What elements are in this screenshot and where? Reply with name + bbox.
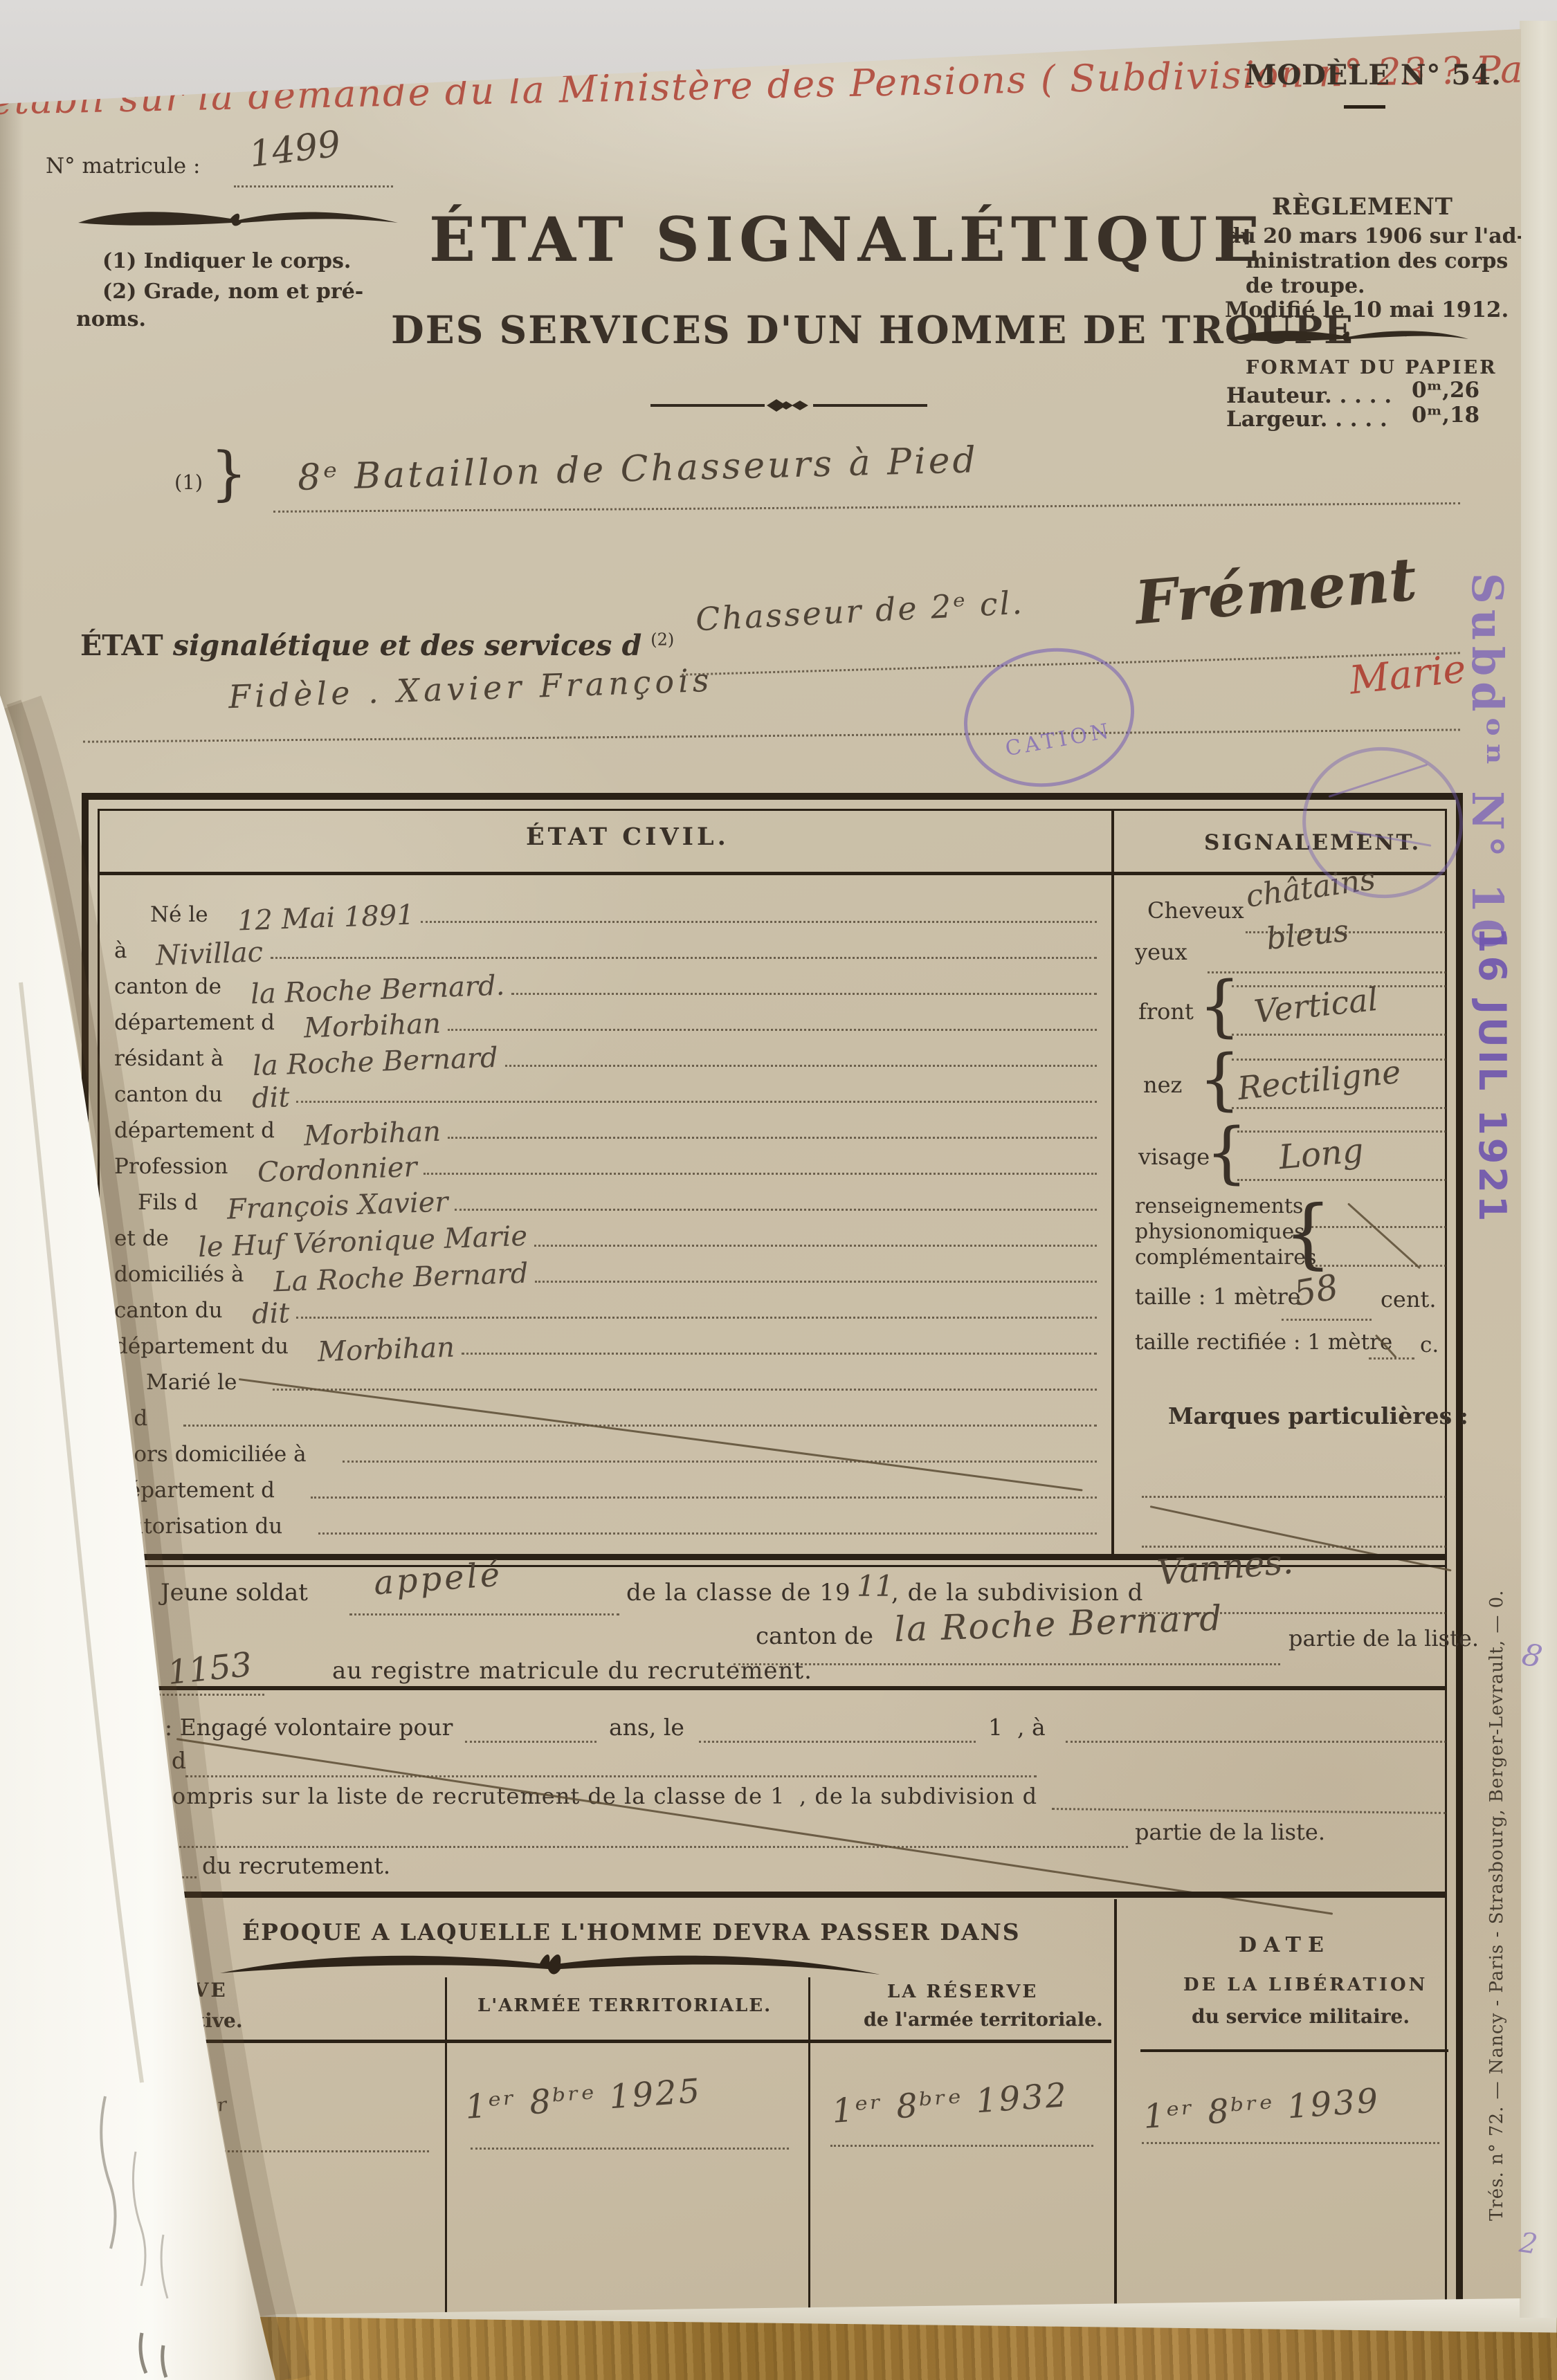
document-photo: établi sur la demande du la Ministère de… xyxy=(0,0,1557,2380)
curled-page-corner xyxy=(0,0,1557,2380)
